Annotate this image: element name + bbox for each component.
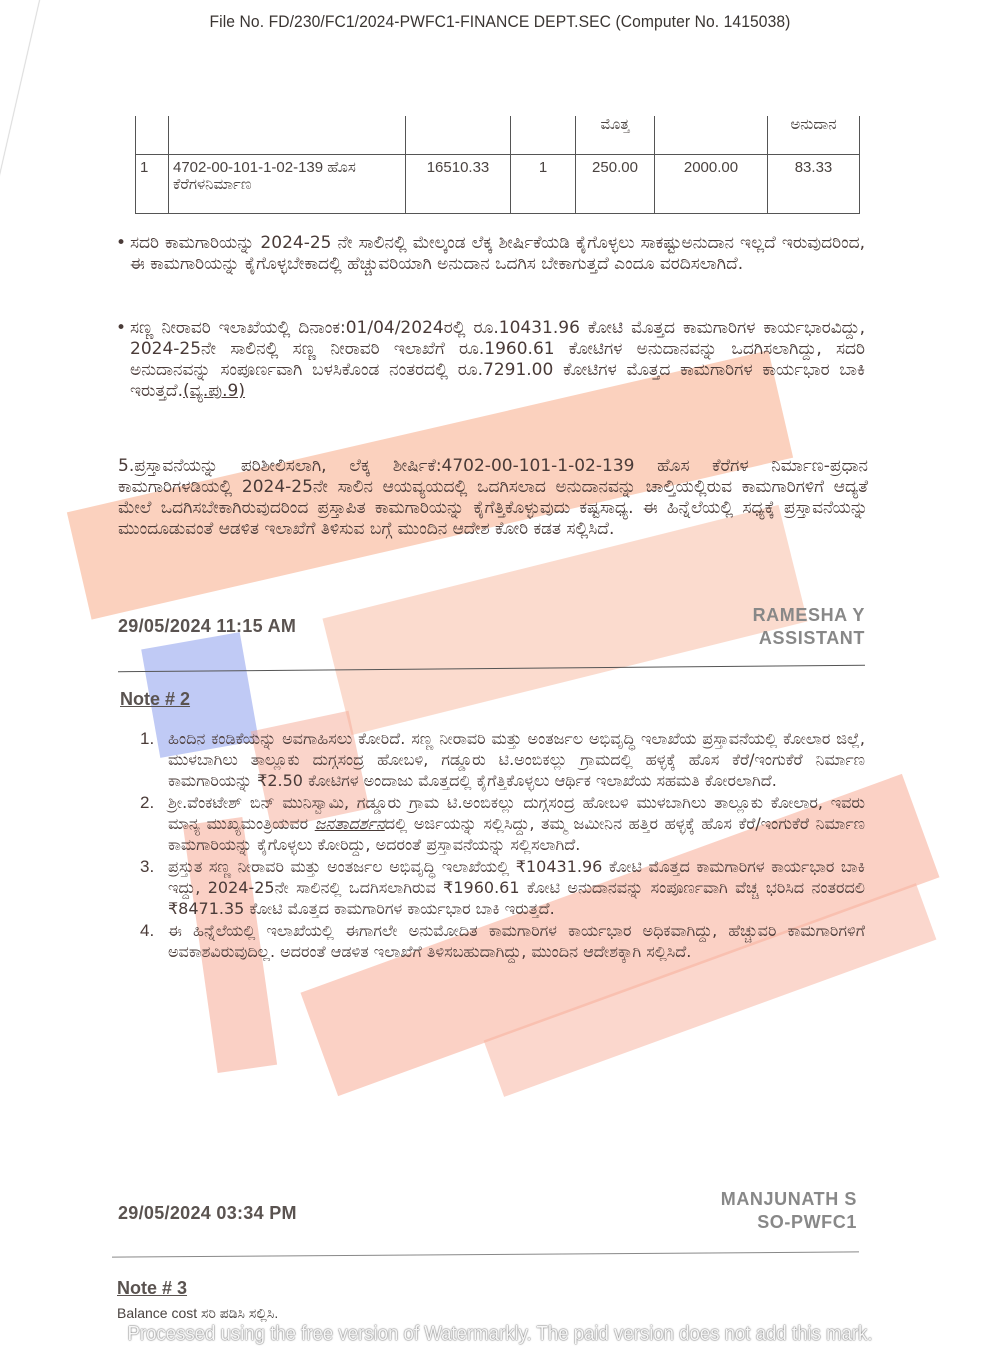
budget-table: ಮೊತ್ತ ಅನುದಾನ 1 4702-00-101-1-02-139 ಹೊಸ … <box>135 116 860 214</box>
note2-title: Note # 2 <box>120 689 190 710</box>
list-item: 2. ಶ್ರೀ.ವೆಂಕಟೇಶ್ ಬಿನ್ ಮುನಿಸ್ವಾಮಿ, ಗಡ್ಡೂರ… <box>140 792 865 855</box>
list-item-text: ಪ್ರಸ್ತುತ ಸಣ್ಣ ನೀರಾವರಿ ಮತ್ತು ಅಂತರ್ಜಲ ಅಭಿವ… <box>168 857 865 918</box>
bullet-text: ಸದರಿ ಕಾಮಗಾರಿಯನ್ನು 2024-25 ನೇ ಸಾಲಿನಲ್ಲಿ ಮ… <box>130 233 865 274</box>
list-number: 3. <box>140 856 154 877</box>
signatory-designation: SO-PWFC1 <box>721 1211 857 1234</box>
bullet-paragraph: ಸಣ್ಣ ನೀರಾವರಿ ಇಲಾಖೆಯಲ್ಲಿ ದಿನಾಂಕ:01/04/202… <box>130 318 865 402</box>
value-cell: 250.00 <box>576 155 655 214</box>
signatory-name: MANJUNATH S <box>721 1188 857 1211</box>
divider <box>118 665 865 673</box>
bullet-paragraph: ಸದರಿ ಕಾಮಗಾರಿಯನ್ನು 2024-25 ನೇ ಸಾಲಿನಲ್ಲಿ ಮ… <box>130 233 865 275</box>
table-header-cell <box>136 116 169 155</box>
table-header-cell: ಮೊತ್ತ <box>576 116 655 155</box>
paragraph-5: 5.ಪ್ರಸ್ತಾವನೆಯನ್ನು ಪರಿಶೀಲಿಸಲಾಗಿ, ಲೆಕ್ಕ ಶೀ… <box>118 456 868 540</box>
list-number: 1. <box>140 728 154 749</box>
page-reference: (ವ್ಯ.ಪು.9) <box>183 381 245 401</box>
table-row: 1 4702-00-101-1-02-139 ಹೊಸ ಕೆರೆಗಳನಿರ್ಮಾಣ… <box>136 155 860 214</box>
table-header-cell <box>169 116 406 155</box>
note3-title: Note # 3 <box>117 1278 187 1299</box>
signatory-designation: ASSISTANT <box>753 627 865 650</box>
head-of-account-cell: 4702-00-101-1-02-139 ಹೊಸ ಕೆರೆಗಳನಿರ್ಮಾಣ <box>169 155 406 214</box>
table-header-cell <box>511 116 576 155</box>
table-header-cell <box>655 116 768 155</box>
emphasized-term: ಜನತಾದರ್ಶನ <box>315 814 385 833</box>
value-cell: 2000.00 <box>655 155 768 214</box>
list-item: 3. ಪ್ರಸ್ತುತ ಸಣ್ಣ ನೀರಾವರಿ ಮತ್ತು ಅಂತರ್ಜಲ ಅ… <box>140 856 865 919</box>
list-number: 2. <box>140 792 154 813</box>
page-edge <box>0 0 48 1372</box>
table-header-cell <box>406 116 511 155</box>
note2-datetime: 29/05/2024 03:34 PM <box>118 1203 297 1224</box>
note1-signature: RAMESHA Y ASSISTANT <box>753 604 865 650</box>
note2-signature: MANJUNATH S SO-PWFC1 <box>721 1188 857 1234</box>
list-number: 4. <box>140 920 154 941</box>
note3-text: Balance cost ಸರಿ ಪಡಿಸಿ ಸಲ್ಲಿಸಿ. <box>117 1305 278 1322</box>
divider <box>112 1251 859 1257</box>
list-item: 1. ಹಿಂದಿನ ಕಂಡಿಕೆಯನ್ನು ಅವಗಾಹಿಸಲು ಕೋರಿದೆ. … <box>140 728 865 791</box>
table-header-cell: ಅನುದಾನ <box>768 116 860 155</box>
value-cell: 16510.33 <box>406 155 511 214</box>
list-item: 4. ಈ ಹಿನ್ನೆಲೆಯಲ್ಲಿ ಇಲಾಖೆಯಲ್ಲಿ ಈಗಾಗಲೇ ಅನು… <box>140 920 865 962</box>
sl-no-cell: 1 <box>136 155 169 214</box>
note2-list: 1. ಹಿಂದಿನ ಕಂಡಿಕೆಯನ್ನು ಅವಗಾಹಿಸಲು ಕೋರಿದೆ. … <box>140 728 865 963</box>
list-item-text: ಹಿಂದಿನ ಕಂಡಿಕೆಯನ್ನು ಅವಗಾಹಿಸಲು ಕೋರಿದೆ. ಸಣ್… <box>168 729 865 790</box>
table-header-row: ಮೊತ್ತ ಅನುದಾನ <box>136 116 860 155</box>
watermark-text: Processed using the free version of Wate… <box>35 1323 965 1346</box>
note1-datetime: 29/05/2024 11:15 AM <box>118 616 296 637</box>
signatory-name: RAMESHA Y <box>753 604 865 627</box>
value-cell: 83.33 <box>768 155 860 214</box>
file-number-header: File No. FD/230/FC1/2024-PWFC1-FINANCE D… <box>40 12 960 32</box>
list-item-text: ಈ ಹಿನ್ನೆಲೆಯಲ್ಲಿ ಇಲಾಖೆಯಲ್ಲಿ ಈಗಾಗಲೇ ಅನುಮೋದ… <box>168 921 865 961</box>
value-cell: 1 <box>511 155 576 214</box>
